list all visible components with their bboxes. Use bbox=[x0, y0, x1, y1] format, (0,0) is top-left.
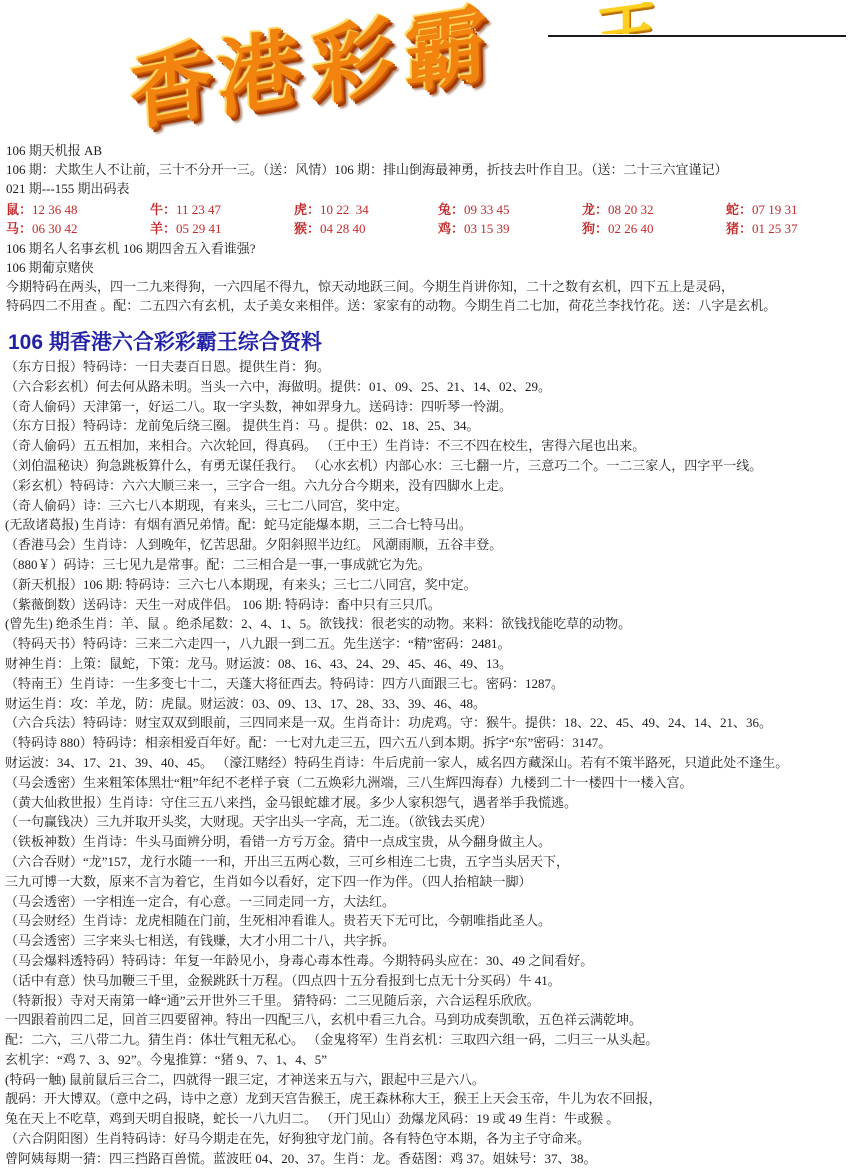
zodiac-cell: 鼠：12 36 48 bbox=[6, 200, 150, 219]
zodiac-numbers: 02 26 40 bbox=[608, 221, 654, 236]
text-line: (特码一触) 鼠前鼠后三合二，四就得一跟三定，才神送来五与六，跟起中三是六八。 bbox=[5, 1070, 863, 1090]
zodiac-animal: 蛇： bbox=[726, 202, 752, 217]
zodiac-row: 鼠：12 36 48牛：11 23 47虎：10 22 34兔：09 33 45… bbox=[6, 200, 860, 219]
zodiac-cell: 猴：04 28 40 bbox=[294, 219, 438, 238]
zodiac-numbers: 12 36 48 bbox=[32, 202, 78, 217]
text-line: （东方日报）特码诗：龙前兔后绕三圈。 提供生肖：马 。提供：02、18、25、3… bbox=[5, 416, 863, 436]
text-line: （香港马会）生肖诗：人到晚年，忆苦思甜。夕阳斜照半边红。 风潮雨顺，五谷丰登。 bbox=[5, 535, 863, 555]
text-line: （特南王）生肖诗：一生多变七十二，天蓬大将征西去。特码诗：四方八面跟三七。密码：… bbox=[5, 674, 863, 694]
zodiac-numbers: 03 15 39 bbox=[464, 221, 510, 236]
text-line: （彩玄机）特码诗：六六大顺三来一，三字合一组。六九分合今期来，没有四脚水上走。 bbox=[5, 476, 863, 496]
logo-char: 港 bbox=[216, 24, 302, 123]
top-lines-a: 106 期天机报 AB106 期：犬欺生人不让前，三十不分开一三。（送：风情）1… bbox=[6, 141, 860, 198]
text-line: （880￥）码诗：三七见九是常事。配：二三相合是一事,一事成就它为先。 bbox=[5, 555, 863, 575]
zodiac-cell: 虎：10 22 34 bbox=[294, 200, 438, 219]
zodiac-cell: 马：06 30 42 bbox=[6, 219, 150, 238]
text-line: （马会透密）三字来头七相送，有钱赚，大才小用二十八，共字拆。 bbox=[5, 931, 863, 951]
top-line: 今期特码在两头，四一二九来得狗，一六四尾不得九，惊天动地跃三间。今期生肖讲你知，… bbox=[6, 277, 860, 296]
zodiac-cell: 牛：11 23 47 bbox=[150, 200, 294, 219]
top-text-block: 106 期天机报 AB106 期：犬欺生人不让前，三十不分开一三。（送：风情）1… bbox=[6, 141, 860, 315]
text-line: （六合彩玄机）何去何从路未明。当头一六中，海做明。提供：01、09、25、21、… bbox=[5, 377, 863, 397]
text-line: （特码天书）特码诗：三来二六走四一，八九跟一到二五。先生送字：“精”密码：248… bbox=[5, 634, 863, 654]
text-line: （一句赢钱决）三九并取开头奖，大财现。天字出头一字高，无二连。（欲钱去买虎） bbox=[5, 812, 863, 832]
zodiac-code-table: 鼠：12 36 48牛：11 23 47虎：10 22 34兔：09 33 45… bbox=[6, 198, 860, 239]
text-line: 兔在天上不吃草，鸡到天明自报晓，蛇长一八九归二。 （开门见山）劲爆龙风码：19 … bbox=[5, 1109, 863, 1129]
zodiac-animal: 鸡： bbox=[438, 221, 464, 236]
text-line: （马会财经）生肖诗：龙虎相随在门前，生死相冲看谁人。贵若天下无可比，今朝唯指此圣… bbox=[5, 911, 863, 931]
zodiac-numbers: 04 28 40 bbox=[320, 221, 366, 236]
zodiac-numbers: 11 23 47 bbox=[176, 202, 221, 217]
text-line: （六合兵法）特码诗：财宝双双到眼前，三四同来是一双。生肖奇计：功虎鸡。守：猴牛。… bbox=[5, 713, 863, 733]
top-line: 106 期名人名事玄机 106 期四舍五入看谁强? bbox=[6, 239, 860, 258]
logo-char: 霸 bbox=[404, 1, 488, 99]
text-line: （奇人偷码）天津第一，好运二八。取一字头数，神如羿身九。送码诗：四听琴一怜湖。 bbox=[5, 397, 863, 417]
text-line: (无敌诸葛报) 生肖诗：有烟有酒兄弟情。配：蛇马定能爆本期，三二合七特马出。 bbox=[5, 515, 863, 535]
zodiac-animal: 兔： bbox=[438, 202, 464, 217]
zodiac-animal: 鼠： bbox=[6, 202, 32, 217]
top-line: 特码四二不用查 。配：二五四六有玄机，太子美女来相伴。送：家家有的动物。今期生肖… bbox=[6, 296, 860, 315]
text-line: （六合吞财）“龙”157，龙行水随一一和，开出三五两心数，三可乡相连二七贵，五字… bbox=[5, 852, 863, 872]
zodiac-row: 马：06 30 42羊：05 29 41猴：04 28 40鸡：03 15 39… bbox=[6, 219, 860, 238]
top-line: 106 期：犬欺生人不让前，三十不分开一三。（送：风情）106 期：排山倒海最神… bbox=[6, 160, 860, 179]
text-line: (曾先生) 绝杀生肖：羊、鼠 。绝杀尾数：2、4、1、5。欲钱找：很老实的动物。… bbox=[5, 614, 863, 634]
text-line: 财神生肖：上策：鼠蛇，下策：龙马。财运波：08、16、43、24、29、45、4… bbox=[5, 654, 863, 674]
zodiac-animal: 牛： bbox=[150, 202, 176, 217]
zodiac-numbers: 08 20 32 bbox=[608, 202, 654, 217]
zodiac-cell: 龙：08 20 32 bbox=[582, 200, 726, 219]
text-line: （六合阴阳图）生肖特码诗：好马今期走在先，好狗独守龙门前。各有特色守本期，各为主… bbox=[5, 1129, 863, 1149]
text-line: （马会爆料透特码）特码诗：年复一年龄见小，身毒心毒本性毒。今期特码头应在：30、… bbox=[5, 951, 863, 971]
logo-partial-glyph: 王 bbox=[594, 2, 684, 34]
zodiac-animal: 虎： bbox=[294, 202, 320, 217]
text-line: 玄机字：“鸡 7、3、92”。今鬼推算：“猪 9、7、1、4、5” bbox=[5, 1050, 863, 1070]
top-line: 106 期葡京赌侠 bbox=[6, 258, 860, 277]
header-rule bbox=[548, 35, 846, 37]
text-line: （刘伯温秘诀）狗急跳板算什么，有勇无谋任我行。 （心水玄机）内部心水：三七翻一片… bbox=[5, 456, 863, 476]
top-line: 021 期---155 期出码表 bbox=[6, 179, 860, 198]
text-line: （紫薇倒数）送码诗：天生一对成伴侣。 106 期: 特码诗：畜中只有三只爪。 bbox=[5, 595, 863, 615]
text-line: 曾阿姨每期一猜：四三挡路百兽慌。蓝波旺 04、20、37。生肖：龙。香菇图：鸡 … bbox=[5, 1149, 863, 1169]
text-line: 配：二六，三八带二九。猜生肖：体壮气粗无私心。 （金鬼将军）生肖玄机：三取四六组… bbox=[5, 1030, 863, 1050]
body-lines: （东方日报）特码诗：一日夫妻百日恩。提供生肖：狗。（六合彩玄机）何去何从路未明。… bbox=[5, 357, 863, 1169]
zodiac-cell: 蛇：07 19 31 bbox=[726, 200, 798, 219]
page: 香港彩霸 王 106 期天机报 AB106 期：犬欺生人不让前，三十不分开一三。… bbox=[0, 0, 863, 1174]
text-line: （铁板神数）生肖诗：牛头马面辨分明，看错一方亏万金。猜中一点成宝贵，从今翻身做主… bbox=[5, 832, 863, 852]
text-line: 财运波：34、17、21、39、40、45。 （濠江赌经）特码生肖诗：牛后虎前一… bbox=[5, 753, 863, 773]
text-line: （马会透密）一字相连一定合，有心意。一三同走同一方，大法红。 bbox=[5, 892, 863, 912]
zodiac-cell: 鸡：03 15 39 bbox=[438, 219, 582, 238]
text-line: （新天机报）106 期: 特码诗：三六七八本期现，有来头；三七二八同宫，奖中定。 bbox=[5, 575, 863, 595]
text-line: （奇人偷码）五五相加，来相合。六次轮回，得真码。 （王中王）生肖诗：不三不四在校… bbox=[5, 436, 863, 456]
logo-char: 香 bbox=[128, 36, 215, 137]
text-line: （黄大仙救世报）生肖诗：守住三五八来挡，金马银蛇雄才展。多少人家积怨气，遇者举手… bbox=[5, 793, 863, 813]
zodiac-numbers: 06 30 42 bbox=[32, 221, 78, 236]
text-line: （话中有意）快马加鞭三千里，金猴跳跃十万程。（四点四十五分看报到七点无十分买码）… bbox=[5, 971, 863, 991]
text-line: 财运生肖：攻：羊龙，防：虎鼠。财运波：03、09、13、17、28、33、39、… bbox=[5, 694, 863, 714]
zodiac-numbers: 10 22 34 bbox=[320, 202, 369, 217]
masthead: 香港彩霸 王 bbox=[0, 0, 863, 140]
zodiac-numbers: 09 33 45 bbox=[464, 202, 510, 217]
zodiac-cell: 猪：01 25 37 bbox=[726, 219, 798, 238]
text-line: （东方日报）特码诗：一日夫妻百日恩。提供生肖：狗。 bbox=[5, 357, 863, 377]
zodiac-animal: 猪： bbox=[726, 221, 752, 236]
text-line: （奇人偷码）诗：三六七八本期现，有来头，三七二八同宫，奖中定。 bbox=[5, 496, 863, 516]
zodiac-numbers: 01 25 37 bbox=[752, 221, 798, 236]
logo-hongkong-caiba: 香港彩霸 bbox=[128, 14, 488, 98]
zodiac-numbers: 07 19 31 bbox=[752, 202, 798, 217]
top-lines-b: 106 期名人名事玄机 106 期四舍五入看谁强?106 期葡京赌侠今期特码在两… bbox=[6, 239, 860, 315]
text-line: 三九可博一大数，原来不言为着它，生肖如今以看好，定下四一作为伴。（四人抬棺缺一脚… bbox=[5, 872, 863, 892]
zodiac-animal: 猴： bbox=[294, 221, 320, 236]
zodiac-cell: 兔：09 33 45 bbox=[438, 200, 582, 219]
section-heading: 106 期香港六合彩彩霸王综合资料 bbox=[8, 326, 322, 356]
zodiac-animal: 狗： bbox=[582, 221, 608, 236]
logo-partial-char: 王 bbox=[594, 2, 657, 34]
text-line: （特新报）寺对天南第一峰“通”云开世外三千里。 猜特码：二三见随后亲，六合运程乐… bbox=[5, 991, 863, 1011]
zodiac-animal: 马： bbox=[6, 221, 32, 236]
zodiac-numbers: 05 29 41 bbox=[176, 221, 222, 236]
zodiac-cell: 狗：02 26 40 bbox=[582, 219, 726, 238]
zodiac-animal: 龙： bbox=[582, 202, 608, 217]
zodiac-cell: 羊：05 29 41 bbox=[150, 219, 294, 238]
text-line: 靓码：开大博双。（意中之码，诗中之意）龙到天宫告猴王，虎王森林称大王，猴王上天会… bbox=[5, 1089, 863, 1109]
logo-char: 彩 bbox=[309, 12, 395, 111]
top-line: 106 期天机报 AB bbox=[6, 141, 860, 160]
text-line: （特码诗 880）特码诗：相亲相爱百年好。配：一七对九走三五，四六五八到本期。拆… bbox=[5, 733, 863, 753]
text-line: 一四跟着前四二足，回首三四要留神。特出一四配三八，玄机中看三九合。马到功成奏凯歌… bbox=[5, 1010, 863, 1030]
zodiac-animal: 羊： bbox=[150, 221, 176, 236]
text-line: （马会透密）生来粗笨体黑壮“粗”年纪不老样子衰（二五焕彩九洲端，三八生辉四海春）… bbox=[5, 773, 863, 793]
